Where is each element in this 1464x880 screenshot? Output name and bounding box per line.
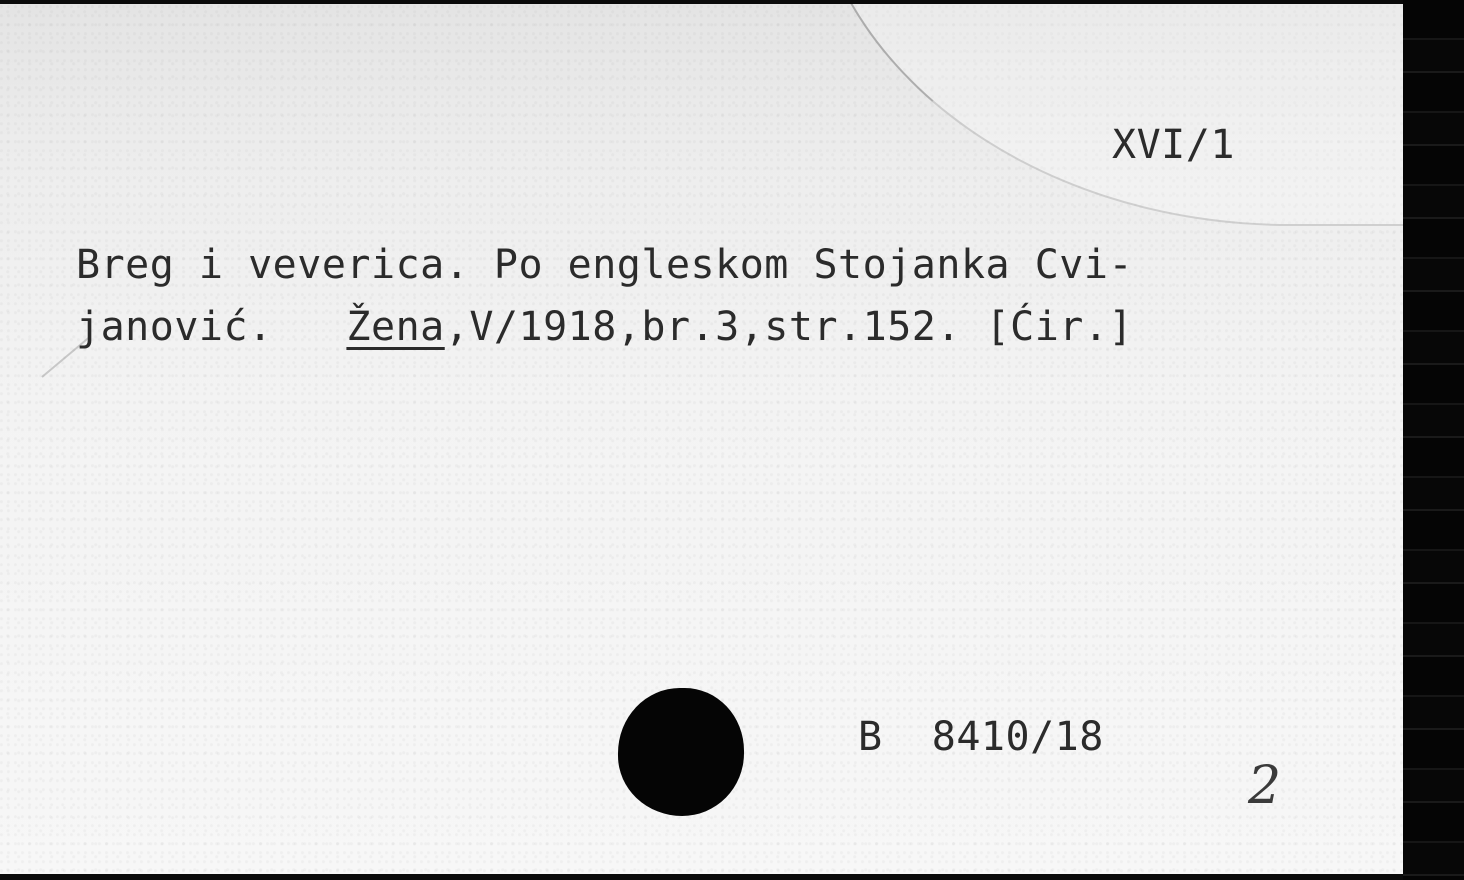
script-note: [Ćir.] [986,304,1134,350]
scanned-catalog-card-image: XVI/1 Breg i veverica. Po engleskom Stoj… [0,0,1464,880]
paper-fold-mark [808,4,1403,226]
scanner-edge-shadow [1403,0,1464,880]
journal-title: Žena [346,304,444,350]
author-name-end: janović. [76,304,273,350]
classification-number: XVI/1 [1112,122,1235,168]
catalog-card: XVI/1 Breg i veverica. Po engleskom Stoj… [0,4,1403,874]
entry-title-line: Breg i veverica. Po engleskom Stojanka C… [76,242,1133,288]
shelf-mark: B 8410/18 [858,714,1104,760]
entry-citation-line: janović. Žena,V/1918,br.3,str.152. [Ćir.… [76,304,1133,350]
punch-hole [618,688,744,816]
citation-details: ,V/1918,br.3,str.152. [445,304,961,350]
handwritten-number: 2 [1248,756,1281,816]
